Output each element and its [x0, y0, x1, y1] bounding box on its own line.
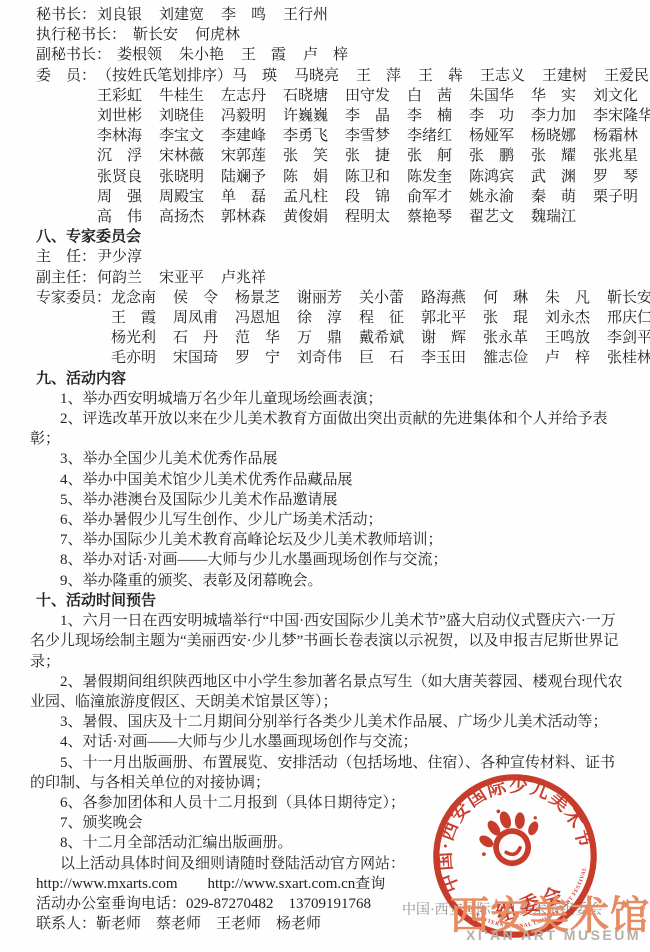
officer-label: 秘书长：	[36, 5, 97, 25]
person-name: 何韵兰	[97, 268, 142, 288]
person-name: 谢 辉	[421, 328, 466, 348]
committee-names: 马 瑛马晓亮王 萍王 犇王志义王建树王爱民	[232, 68, 650, 84]
person-name: 巨 石	[359, 348, 404, 368]
person-name: 王鸣放	[545, 328, 590, 348]
person-name: 罗 琴	[593, 167, 638, 187]
person-name: 冯恩旭	[235, 308, 280, 328]
person-name: 俞军才	[407, 187, 452, 207]
person-name: 段 锦	[345, 187, 390, 207]
person-name: 杨娅军	[469, 126, 514, 146]
person-name: 马 瑛	[232, 66, 277, 86]
person-name: 李绪红	[407, 126, 452, 146]
section-title: 八、专家委员会	[36, 227, 626, 247]
director-line: 主 任：尹少淳	[36, 247, 626, 267]
person-name: 张 捷	[345, 146, 390, 166]
director-names: 尹少淳	[97, 249, 159, 265]
person-name: 刘世彬	[97, 106, 142, 126]
activity-item: 3、举办全国少儿美术优秀作品展	[30, 449, 626, 469]
person-name: 石 丹	[173, 328, 218, 348]
person-name: 张 耀	[531, 146, 576, 166]
officer-label: 副秘书长：	[36, 45, 117, 65]
person-name: 王 萍	[356, 66, 401, 86]
person-name: 龙念南	[111, 288, 156, 308]
person-name: 栗子明	[593, 187, 638, 207]
person-name: 刘永杰	[545, 308, 590, 328]
activity-item: 1、举办西安明城墙万名少年儿童现场绘画表演；	[30, 389, 626, 409]
schedule-item: 3、暑假、国庆及十二月期间分别举行各类少儿美术作品展、广场少儿美术活动等；	[30, 712, 626, 732]
section-title: 十、活动时间预告	[36, 591, 626, 611]
person-name: 张贤良	[97, 167, 142, 187]
person-name: 宋林薇	[159, 146, 204, 166]
person-name: 陆斓予	[221, 167, 266, 187]
person-name: 戴希斌	[359, 328, 404, 348]
committee-row: 李林海李宝文李建峰李勇飞李雪梦李绪红杨娅军杨晓娜杨霜林	[36, 126, 626, 146]
committee-row: 周 强周殿宝单 磊孟凡柱段 锦俞军才姚永渝秦 萌栗子明	[36, 187, 626, 207]
person-name: 沉 浮	[97, 146, 142, 166]
person-name: 郭林森	[221, 207, 266, 227]
schedule-item: 2、暑假期间组织陕西地区中小学生参加著名景点写生（如大唐芙蓉园、楼观台现代农业园…	[30, 672, 626, 712]
committee-row: 高 伟高扬杰郭林森黄俊娟程明太蔡艳琴翟艺文魏瑞江	[36, 207, 626, 227]
person-name: 朱小艳	[179, 45, 224, 65]
person-name: 单 磊	[221, 187, 266, 207]
person-name: 冯毅明	[221, 106, 266, 126]
activity-item: 8、举办对话·对画——大师与少儿水墨画现场创作与交流；	[30, 550, 626, 570]
person-name: 刘奇伟	[297, 348, 342, 368]
person-name: 周殿宝	[159, 187, 204, 207]
person-name: 尹少淳	[97, 247, 142, 267]
person-name: 李 功	[469, 106, 514, 126]
person-name: 罗 宁	[235, 348, 280, 368]
person-name: 魏瑞江	[531, 207, 576, 227]
person-name: 高扬杰	[159, 207, 204, 227]
person-name: 宋亚平	[159, 268, 204, 288]
person-name: 左志丹	[221, 86, 266, 106]
person-name: 靳长安	[607, 288, 650, 308]
deputy-label: 副主任：	[36, 268, 97, 288]
person-name: 宋国琦	[173, 348, 218, 368]
committee-row: 沉 浮宋林薇宋郭莲张 笑张 捷张 舸张 鹏张 耀张兆星	[36, 146, 626, 166]
person-name: 王爱民	[604, 66, 649, 86]
person-name: 路海燕	[421, 288, 466, 308]
schedule-item: 1、六月一日在西安明城墙举行“中国·西安国际少儿美术节”盛大启动仪式暨庆六·一万…	[30, 611, 626, 672]
person-name: 范 华	[235, 328, 280, 348]
person-name: 孟凡柱	[283, 187, 328, 207]
activity-item: 6、举办暑假少儿写生创作、少儿广场美术活动；	[30, 510, 626, 530]
person-name: 侯 令	[173, 288, 218, 308]
person-name: 张晓明	[159, 167, 204, 187]
person-name: 朱 凡	[545, 288, 590, 308]
person-name: 白 茜	[407, 86, 452, 106]
activity-item: 4、举办中国美术馆少儿美术优秀作品藏品展	[30, 470, 626, 490]
person-name: 陈鸿宾	[469, 167, 514, 187]
experts-label: 专家委员：	[36, 288, 111, 308]
person-name: 许巍巍	[283, 106, 328, 126]
person-name: 张兆星	[593, 146, 638, 166]
person-name: 张 鹏	[469, 146, 514, 166]
person-name: 刘建宽	[159, 5, 204, 25]
officer-line: 秘书长：刘良银刘建宽李 鸣王行州	[36, 5, 626, 25]
person-name: 王行州	[283, 5, 328, 25]
committee-row: 王彩虹牛桂生左志丹石晓塘田守发白 茜朱国华华 实刘文化	[36, 86, 626, 106]
person-name: 李 晶	[345, 106, 390, 126]
person-name: 刘晓佳	[159, 106, 204, 126]
person-name: 毛亦明	[111, 348, 156, 368]
person-name: 蔡艳琴	[407, 207, 452, 227]
deputy-line: 副主任：何韵兰宋亚平卢兆祥	[36, 268, 626, 288]
person-name: 李建峰	[221, 126, 266, 146]
person-name: 卢兆祥	[221, 268, 266, 288]
person-name: 程明太	[345, 207, 390, 227]
director-label: 主 任：	[36, 247, 97, 267]
officer-names: 娄根领朱小艳王 霞卢 梓	[117, 47, 365, 63]
activity-item: 2、评选改革开放以来在少儿美术教育方面做出突出贡献的先进集体和个人并给予表彰；	[30, 409, 626, 449]
person-name: 刘文化	[593, 86, 638, 106]
person-name: 张 笑	[283, 146, 328, 166]
officer-line: 副秘书长：娄根领朱小艳王 霞卢 梓	[36, 45, 626, 65]
person-name: 邢庆仁	[607, 308, 650, 328]
person-name: 华 实	[531, 86, 576, 106]
officer-names: 靳长安何虎林	[133, 27, 257, 43]
person-name: 王志义	[480, 66, 525, 86]
experts-row: 王 霞周凤甫冯恩旭徐 淳程 征郭北平张 琨刘永杰邢庆仁	[36, 308, 626, 328]
committee-row: 刘世彬刘晓佳冯毅明许巍巍李 晶李 楠李 功李力加李宋隆华	[36, 106, 626, 126]
person-name: 杨光利	[111, 328, 156, 348]
person-name: 高 伟	[97, 207, 142, 227]
activity-list: 1、举办西安明城墙万名少年儿童现场绘画表演；2、评选改革开放以来在少儿美术教育方…	[36, 389, 626, 591]
experts-row: 毛亦明宋国琦罗 宁刘奇伟巨 石李玉田雒志俭卢 梓张桂林	[36, 348, 626, 368]
person-name: 田守发	[345, 86, 390, 106]
person-name: 宋郭莲	[221, 146, 266, 166]
person-name: 何虎林	[195, 25, 240, 45]
activity-item: 7、举办国际少儿美术教育高峰论坛及少儿美术教师培训；	[30, 530, 626, 550]
person-name: 杨霜林	[593, 126, 638, 146]
person-name: 王彩虹	[97, 86, 142, 106]
person-name: 周 强	[97, 187, 142, 207]
person-name: 郭北平	[421, 308, 466, 328]
expert-names: 龙念南侯 令杨景芝谢丽芳关小蕾路海燕何 琳朱 凡靳长安	[111, 290, 650, 306]
person-name: 翟艺文	[469, 207, 514, 227]
person-name: 王 霞	[111, 308, 156, 328]
section-title: 九、活动内容	[36, 369, 626, 389]
person-name: 王 犇	[418, 66, 463, 86]
committee-row: 张贤良张晓明陆斓予陈 娟陈卫和陈发奎陈鸿宾武 渊罗 琴	[36, 167, 626, 187]
person-name: 卢 梓	[545, 348, 590, 368]
person-name: 娄根领	[117, 45, 162, 65]
person-name: 牛桂生	[159, 86, 204, 106]
person-name: 秦 萌	[531, 187, 576, 207]
person-name: 张桂林	[607, 348, 650, 368]
handprint-icon	[470, 798, 550, 872]
sort-note: （按姓氏笔划排序）	[97, 66, 232, 86]
person-name: 张 琨	[483, 308, 528, 328]
person-name: 谢丽芳	[297, 288, 342, 308]
person-name: 李宋隆华	[593, 106, 638, 126]
person-name: 李 楠	[407, 106, 452, 126]
person-name: 姚永渝	[469, 187, 514, 207]
experts-line: 专家委员：龙念南侯 令杨景芝谢丽芳关小蕾路海燕何 琳朱 凡靳长安	[36, 288, 626, 308]
person-name: 李力加	[531, 106, 576, 126]
person-name: 卢 梓	[303, 45, 348, 65]
person-name: 李宝文	[159, 126, 204, 146]
person-name: 陈发奎	[407, 167, 452, 187]
person-name: 雒志俭	[483, 348, 528, 368]
person-name: 李玉田	[421, 348, 466, 368]
person-name: 程 征	[359, 308, 404, 328]
person-name: 黄俊娟	[283, 207, 328, 227]
person-name: 石晓塘	[283, 86, 328, 106]
person-name: 陈卫和	[345, 167, 390, 187]
person-name: 杨景芝	[235, 288, 280, 308]
person-name: 王 霞	[241, 45, 286, 65]
person-name: 李雪梦	[345, 126, 390, 146]
person-name: 何 琳	[483, 288, 528, 308]
person-name: 李勇飞	[283, 126, 328, 146]
committee-line: 委 员：（按姓氏笔划排序）马 瑛马晓亮王 萍王 犇王志义王建树王爱民	[36, 66, 626, 86]
document-page: 秘书长：刘良银刘建宽李 鸣王行州 执行秘书长：靳长安何虎林 副秘书长：娄根领朱小…	[0, 0, 650, 952]
officer-label: 执行秘书长：	[36, 25, 133, 45]
person-name: 关小蕾	[359, 288, 404, 308]
person-name: 张永革	[483, 328, 528, 348]
person-name: 马晓亮	[294, 66, 339, 86]
person-name: 张 舸	[407, 146, 452, 166]
officer-line: 执行秘书长：靳长安何虎林	[36, 25, 626, 45]
person-name: 徐 淳	[297, 308, 342, 328]
person-name: 李林海	[97, 126, 142, 146]
person-name: 武 渊	[531, 167, 576, 187]
person-name: 王建树	[542, 66, 587, 86]
experts-row: 杨光利石 丹范 华万 鼎戴希斌谢 辉张永革王鸣放李剑平	[36, 328, 626, 348]
person-name: 李剑平	[607, 328, 650, 348]
activity-item: 9、举办隆重的颁奖、表彰及闭幕晚会。	[30, 571, 626, 591]
deputy-names: 何韵兰宋亚平卢兆祥	[97, 270, 283, 286]
activity-item: 5、举办港澳台及国际少儿美术作品邀请展	[30, 490, 626, 510]
watermark-en: XI'AN ART MUSEUM	[466, 927, 641, 943]
person-name: 陈 娟	[283, 167, 328, 187]
schedule-item: 4、对话·对画——大师与少儿水墨画现场创作与交流；	[30, 732, 626, 752]
officer-names: 刘良银刘建宽李 鸣王行州	[97, 7, 345, 23]
committee-label: 委 员：	[36, 66, 97, 86]
person-name: 周凤甫	[173, 308, 218, 328]
person-name: 杨晓娜	[531, 126, 576, 146]
person-name: 靳长安	[133, 25, 178, 45]
person-name: 万 鼎	[297, 328, 342, 348]
person-name: 刘良银	[97, 5, 142, 25]
person-name: 李 鸣	[221, 5, 266, 25]
person-name: 朱国华	[469, 86, 514, 106]
